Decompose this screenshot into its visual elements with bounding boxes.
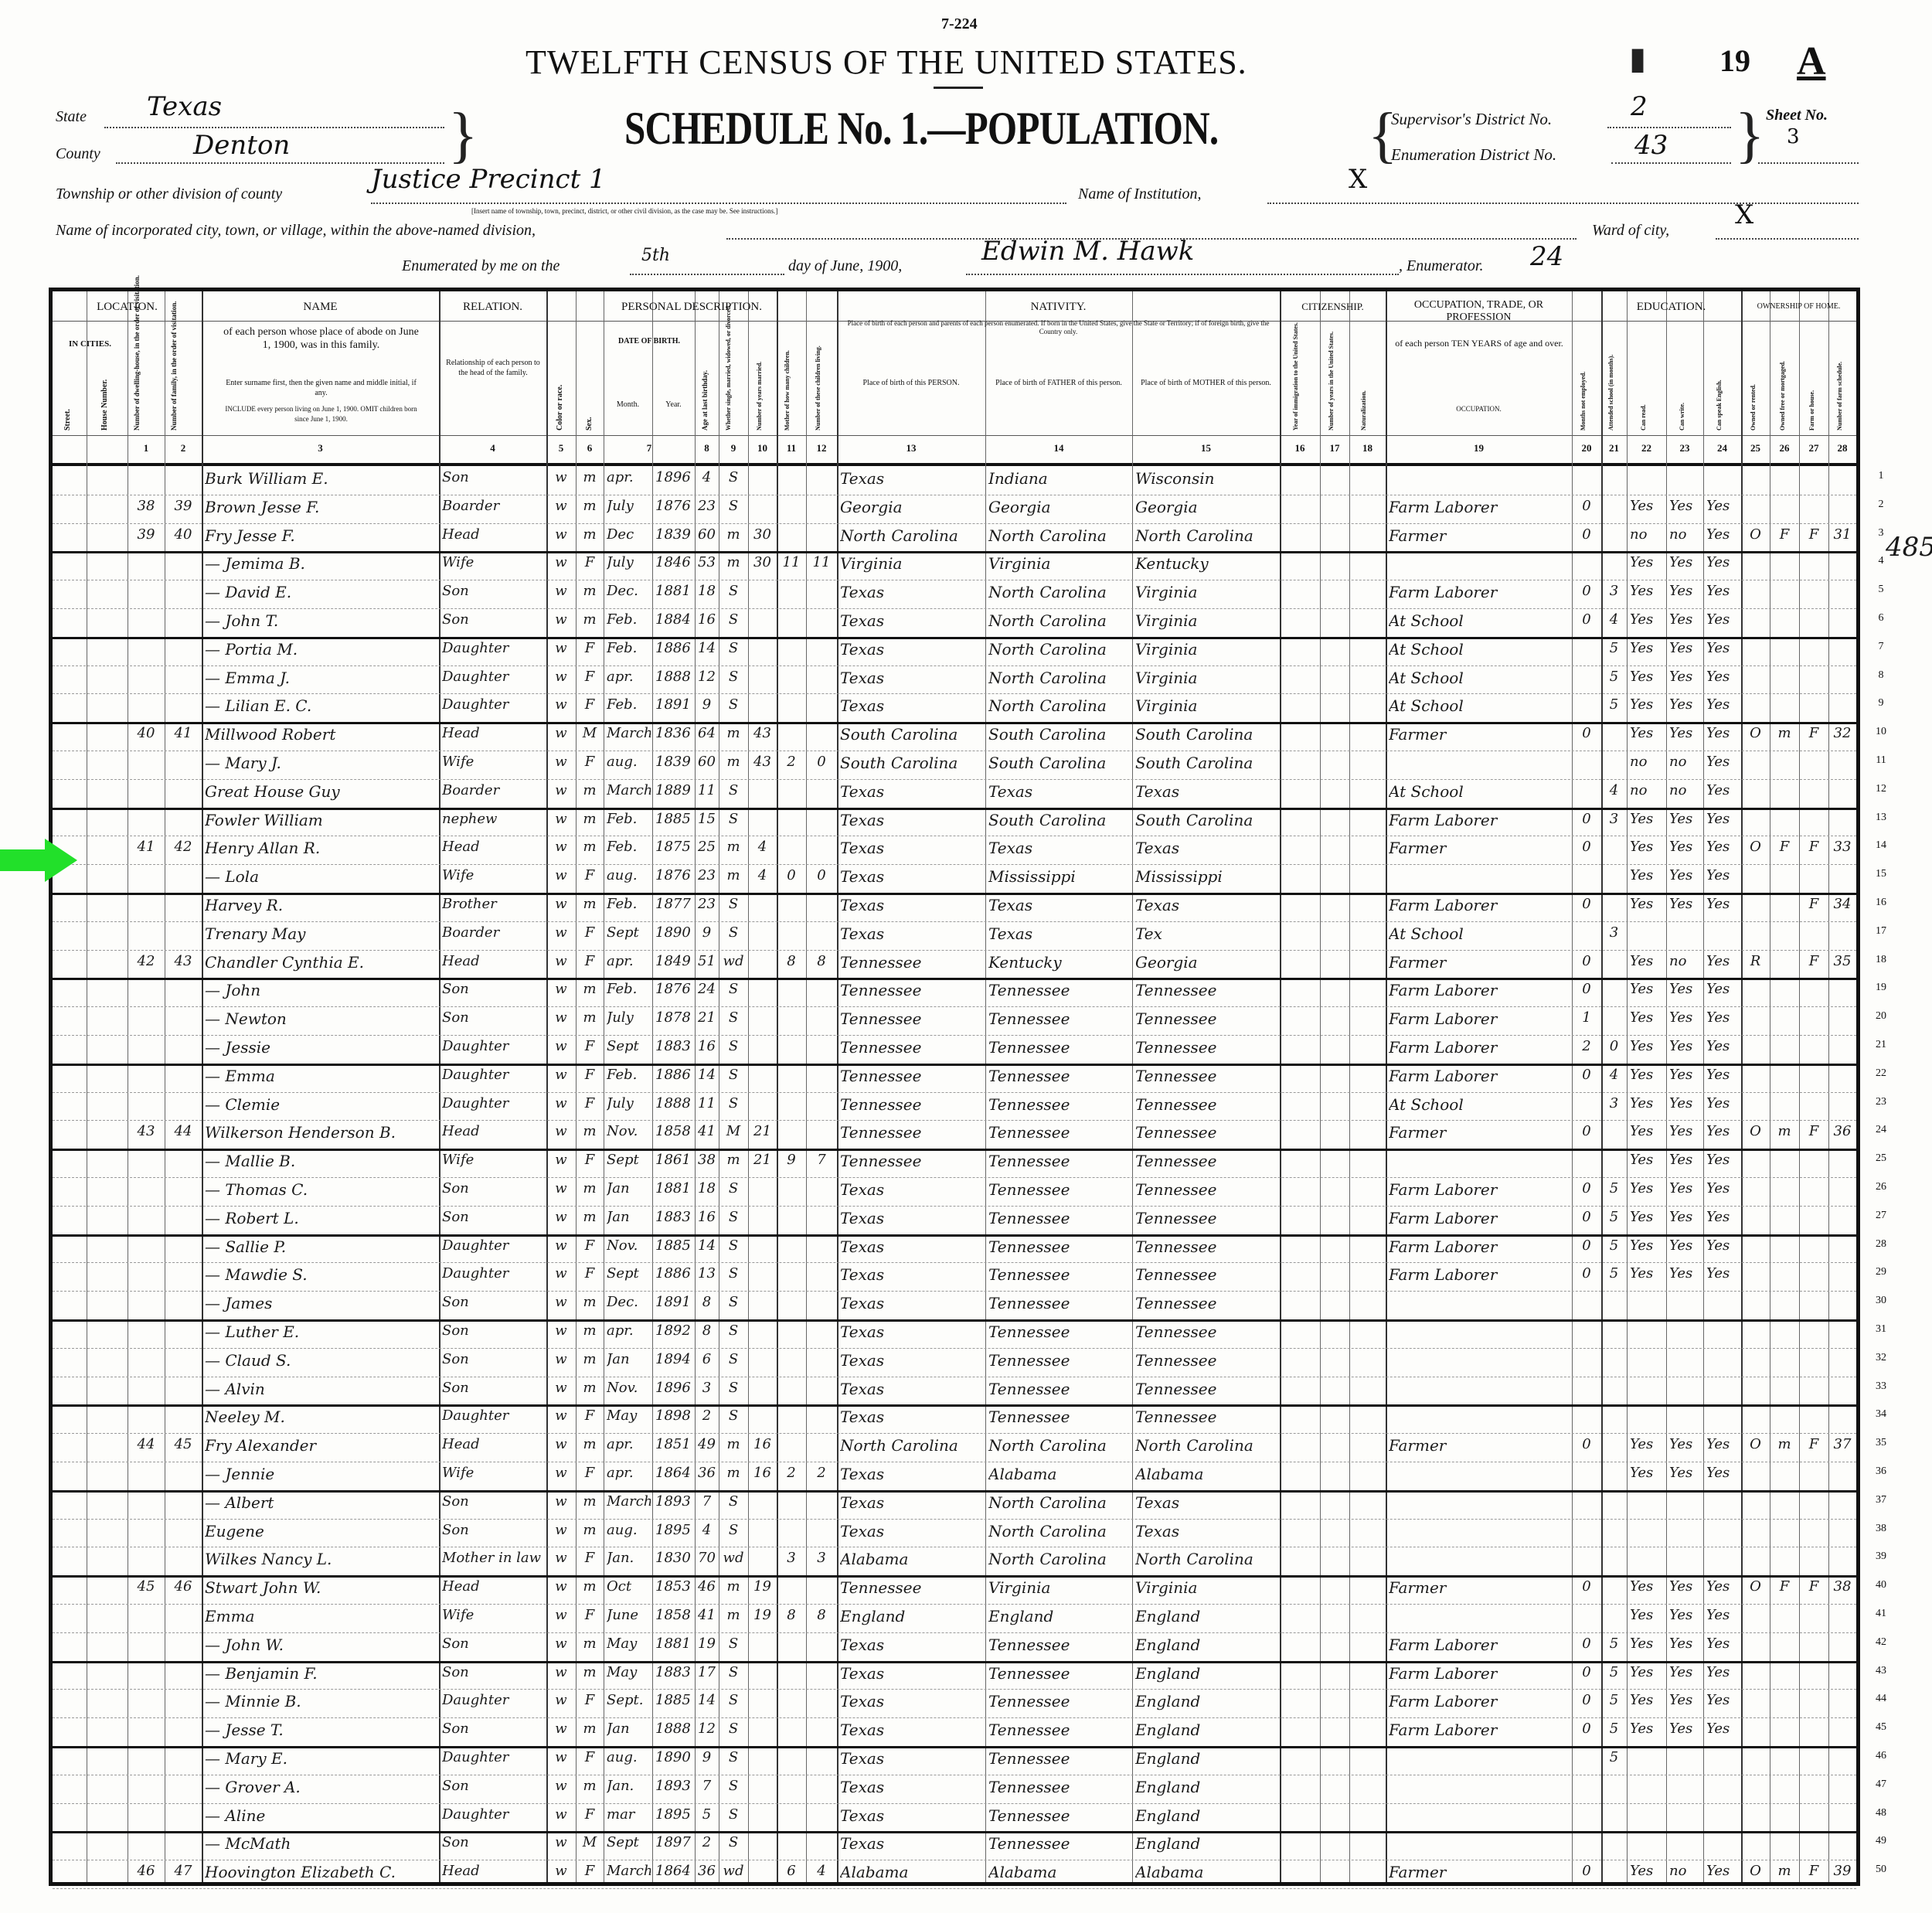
cell-bf: Tennessee xyxy=(988,1095,1131,1114)
cell-name: — Mary E. xyxy=(205,1749,437,1768)
cell-bf: Tennessee xyxy=(988,1408,1131,1426)
cell-rd: Yes xyxy=(1630,1863,1665,1879)
hdr-education: EDUCATION. xyxy=(1601,301,1741,314)
cell-en: Yes xyxy=(1706,1465,1740,1481)
enumeration-value[interactable]: 43 xyxy=(1634,130,1668,161)
cell-bp: Texas xyxy=(840,1351,984,1370)
cell-mar: S xyxy=(719,981,748,997)
sheet-value[interactable]: 3 xyxy=(1787,125,1800,148)
line-number: 5 xyxy=(1869,584,1893,596)
cell-rd: Yes xyxy=(1630,583,1665,599)
cell-dw: 46 xyxy=(128,1863,165,1879)
line-number: 46 xyxy=(1869,1750,1893,1762)
cell-bm: Tennessee xyxy=(1135,1322,1278,1341)
cell-rd: Yes xyxy=(1630,1465,1665,1481)
cell-rel: Wife xyxy=(442,554,545,570)
cell-occ: Farmer xyxy=(1389,1578,1570,1597)
cell-sex: F xyxy=(576,1550,604,1566)
line-number: 7 xyxy=(1869,641,1893,653)
table-row[interactable]: — McMathSonwMSept18972STexasTennesseeEng… xyxy=(53,1831,1856,1860)
line-number: 16 xyxy=(1869,897,1893,909)
cell-bm: Texas xyxy=(1135,1522,1278,1540)
table-row[interactable]: — Luther E.Sonwmapr.18928STexasTennessee… xyxy=(53,1319,1856,1349)
table-row[interactable]: 4243Chandler Cynthia E.HeadwFapr.184951w… xyxy=(53,950,1856,981)
ward-value[interactable]: X xyxy=(1735,199,1753,230)
column-number: 13 xyxy=(837,442,985,454)
cell-wr: Yes xyxy=(1669,498,1702,514)
table-row[interactable]: — JennieWifewFapr.186436m1622TexasAlabam… xyxy=(53,1462,1856,1493)
cell-mu: 0 xyxy=(1572,1636,1601,1652)
cell-year: 1883 xyxy=(655,1038,693,1054)
cell-age: 9 xyxy=(695,924,719,941)
column-number: 27 xyxy=(1799,442,1828,454)
table-row[interactable]: — ClemieDaughterwFJuly188811STennesseeTe… xyxy=(53,1092,1856,1122)
table-row[interactable]: — JamesSonwmDec.18918STexasTennesseeTenn… xyxy=(53,1291,1856,1322)
cell-mar: m xyxy=(719,1607,748,1623)
cell-occ: Farmer xyxy=(1389,725,1570,744)
cell-year: 1885 xyxy=(655,1237,693,1254)
cell-year: 1890 xyxy=(655,924,693,941)
cell-en: Yes xyxy=(1706,725,1740,741)
table-row[interactable]: — Benjamin F.SonwmMay188317STexasTenness… xyxy=(53,1661,1856,1690)
line-number: 20 xyxy=(1869,1010,1893,1023)
table-row[interactable]: — AlvinSonwmNov.18963STexasTennesseeTenn… xyxy=(53,1377,1856,1408)
hdr-mother-of: Mother of how many children. xyxy=(784,325,791,431)
cell-year: 1888 xyxy=(655,1095,693,1111)
cell-wr: Yes xyxy=(1669,811,1702,827)
cell-name: Great House Guy xyxy=(205,782,437,801)
table-row[interactable]: Burk William E.Sonwmapr.18964STexasIndia… xyxy=(53,466,1856,495)
column-number: 20 xyxy=(1572,442,1601,454)
line-number: 15 xyxy=(1869,868,1893,880)
cell-rel: Wife xyxy=(442,1607,545,1623)
line-number: 45 xyxy=(1869,1721,1893,1734)
cell-rel: Daughter xyxy=(442,1749,545,1765)
table-row[interactable]: EmmaWifewFJune185841m1988EnglandEnglandE… xyxy=(53,1604,1856,1633)
cell-bp: North Carolina xyxy=(840,526,984,545)
enumeration-line xyxy=(1611,162,1731,164)
supervisor-value[interactable]: 2 xyxy=(1631,91,1648,122)
cell-mar: m xyxy=(719,1436,748,1452)
table-row[interactable]: — Grover A.SonwmJan.18937STexasTennessee… xyxy=(53,1775,1856,1804)
cell-farm: F xyxy=(1799,1436,1828,1452)
cell-color: w xyxy=(546,1067,576,1083)
hdr-english: Can speak English. xyxy=(1716,353,1723,431)
institution-value[interactable]: X xyxy=(1349,164,1367,195)
cell-own: R xyxy=(1741,953,1770,969)
cell-ym: 43 xyxy=(748,725,777,741)
table-row[interactable]: — LolaWifewFaug.187623m400TexasMississip… xyxy=(53,864,1856,895)
line-number: 24 xyxy=(1869,1124,1893,1136)
table-row[interactable]: 4445Fry AlexanderHeadwmapr.185149m16Nort… xyxy=(53,1433,1856,1462)
cell-name: Wilkerson Henderson B. xyxy=(205,1123,437,1142)
table-row[interactable]: 3940Fry Jesse F.HeadwmDec183960m30North … xyxy=(53,523,1856,554)
hdr-ownership: OWNERSHIP OF HOME. xyxy=(1741,302,1856,311)
table-row[interactable]: 3839Brown Jesse F.BoarderwmJuly187623SGe… xyxy=(53,495,1856,524)
cell-dw: 44 xyxy=(128,1436,165,1452)
cell-moc: 2 xyxy=(777,754,806,770)
cell-year: 1892 xyxy=(655,1322,693,1339)
cell-bf: Texas xyxy=(988,839,1131,857)
table-row[interactable]: Great House GuyBoarderwmMarch188911STexa… xyxy=(53,779,1856,810)
cell-name: Hoovington Elizabeth C. xyxy=(205,1863,437,1881)
cell-farm: F xyxy=(1799,1123,1828,1139)
hdr-school: Attended school (in months). xyxy=(1607,325,1614,431)
table-row[interactable]: — Claud S.SonwmJan18946STexasTennesseeTe… xyxy=(53,1348,1856,1377)
table-row[interactable]: — David E.SonwmDec.188118STexasNorth Car… xyxy=(53,580,1856,609)
cell-occ: Farmer xyxy=(1389,839,1570,857)
enumerated-day[interactable]: 5th xyxy=(641,246,670,265)
ornament-divider xyxy=(934,87,983,89)
cell-age: 21 xyxy=(695,1009,719,1026)
cell-fs: 38 xyxy=(1828,1578,1856,1595)
cell-mu: 0 xyxy=(1572,1692,1601,1708)
margin-note: 4853 xyxy=(1886,532,1932,563)
line-number: 34 xyxy=(1869,1408,1893,1421)
line-number: 19 xyxy=(1869,982,1893,994)
cell-wr: Yes xyxy=(1669,1465,1702,1481)
form-number: 7-224 xyxy=(941,15,978,33)
cell-farm: F xyxy=(1799,526,1828,543)
table-row[interactable]: Neeley M.DaughterwFMay18982STexasTenness… xyxy=(53,1404,1856,1434)
cell-color: w xyxy=(546,1038,576,1054)
cell-year: 1883 xyxy=(655,1209,693,1225)
hdr-immigration: Year of immigration to the United States… xyxy=(1292,325,1299,431)
enumerated-mid: day of June, 1900, xyxy=(788,257,902,275)
enumerator-name[interactable]: Edwin M. Hawk xyxy=(981,236,1194,267)
table-row[interactable]: — NewtonSonwmJuly187821STennesseeTenness… xyxy=(53,1006,1856,1036)
cell-color: w xyxy=(546,1607,576,1623)
cell-occ: At School xyxy=(1389,1095,1570,1114)
cell-age: 14 xyxy=(695,640,719,656)
cell-bm: Virginia xyxy=(1135,611,1278,630)
cell-bm: Texas xyxy=(1135,1493,1278,1512)
table-row[interactable]: Wilkes Nancy L.Mother in lawwFJan.183070… xyxy=(53,1547,1856,1578)
cell-month: apr. xyxy=(607,469,651,485)
cell-month: Nov. xyxy=(607,1380,651,1396)
table-row[interactable]: — Sallie P.DaughterwFNov.188514STexasTen… xyxy=(53,1234,1856,1264)
cell-month: July xyxy=(607,554,651,570)
cell-sch: 5 xyxy=(1601,1664,1627,1680)
table-row[interactable]: — John W.SonwmMay188119STexasTennesseeEn… xyxy=(53,1632,1856,1663)
cell-color: w xyxy=(546,669,576,685)
cell-sex: F xyxy=(576,953,604,969)
table-row[interactable]: 4344Wilkerson Henderson B.HeadwmNov.1858… xyxy=(53,1120,1856,1151)
cell-bp: Texas xyxy=(840,1778,984,1796)
cell-month: aug. xyxy=(607,1522,651,1538)
table-row[interactable]: — AlbertSonwmMarch18937STexasNorth Carol… xyxy=(53,1490,1856,1520)
cell-year: 1893 xyxy=(655,1778,693,1794)
cell-color: w xyxy=(546,782,576,798)
cell-moc: 2 xyxy=(777,1465,806,1481)
table-row[interactable]: — Robert L.SonwmJan188316STexasTennessee… xyxy=(53,1206,1856,1237)
cell-year: 1891 xyxy=(655,1294,693,1310)
cell-color: w xyxy=(546,1009,576,1026)
cell-bp: Texas xyxy=(840,1408,984,1426)
cell-bm: Tennessee xyxy=(1135,1237,1278,1256)
enumerated-day-line xyxy=(630,274,784,275)
cell-wr: Yes xyxy=(1669,867,1702,883)
cell-en: Yes xyxy=(1706,782,1740,798)
cell-en: Yes xyxy=(1706,640,1740,656)
column-number-rule xyxy=(53,435,1856,436)
cell-bf: Tennessee xyxy=(988,1351,1131,1370)
table-row[interactable]: 4647Hoovington Elizabeth C.HeadwFMarch18… xyxy=(53,1860,1856,1889)
cell-rel: Head xyxy=(442,839,545,855)
cell-sex: F xyxy=(576,696,604,713)
cell-color: w xyxy=(546,526,576,543)
cell-month: apr. xyxy=(607,1436,651,1452)
cell-bp: Texas xyxy=(840,1294,984,1312)
cell-wr: Yes xyxy=(1669,696,1702,713)
cell-name: — Grover A. xyxy=(205,1778,437,1796)
cell-name: — Luther E. xyxy=(205,1322,437,1341)
cell-month: Feb. xyxy=(607,611,651,628)
cell-name: Brown Jesse F. xyxy=(205,498,437,516)
cell-sex: F xyxy=(576,1465,604,1481)
cell-mu: 0 xyxy=(1572,1578,1601,1595)
cell-wr: Yes xyxy=(1669,1067,1702,1083)
cell-rel: Head xyxy=(442,526,545,543)
cell-color: w xyxy=(546,1436,576,1452)
cell-mar: wd xyxy=(719,953,748,969)
cell-sex: M xyxy=(576,725,604,741)
cell-mar: S xyxy=(719,1636,748,1652)
cell-bp: Texas xyxy=(840,1636,984,1654)
brace-district-close: } xyxy=(1735,100,1764,171)
cell-en: Yes xyxy=(1706,1180,1740,1196)
cell-month: Jan xyxy=(607,1351,651,1367)
table-row[interactable]: Trenary MayBoarderwFSept18909STexasTexas… xyxy=(53,921,1856,951)
table-row[interactable]: — Mary E.DaughterwFaug.18909STexasTennes… xyxy=(53,1746,1856,1775)
cell-bf: Virginia xyxy=(988,1578,1131,1597)
cell-sex: m xyxy=(576,1209,604,1225)
cell-wr: no xyxy=(1669,953,1702,969)
cell-bm: England xyxy=(1135,1749,1278,1768)
cell-wr: Yes xyxy=(1669,1095,1702,1111)
table-row[interactable]: — Portia M.DaughterwFFeb.188614STexasNor… xyxy=(53,637,1856,666)
cell-mar: S xyxy=(719,1664,748,1680)
cell-bm: Tennessee xyxy=(1135,1351,1278,1370)
cell-mar: S xyxy=(719,1408,748,1424)
cell-age: 23 xyxy=(695,498,719,514)
cell-age: 23 xyxy=(695,867,719,883)
cell-bm: Texas xyxy=(1135,839,1278,857)
cell-rel: Daughter xyxy=(442,1237,545,1254)
table-row[interactable]: 4546Stwart John W.HeadwmOct185346m19Tenn… xyxy=(53,1575,1856,1605)
column-number: 2 xyxy=(165,442,202,454)
cell-bf: Tennessee xyxy=(988,1152,1131,1170)
cell-cl: 4 xyxy=(806,1863,837,1879)
cell-name: Fowler William xyxy=(205,811,437,829)
table-row[interactable]: — Jesse T.SonwmJan188812STexasTennesseeE… xyxy=(53,1717,1856,1748)
cell-color: w xyxy=(546,1351,576,1367)
table-row[interactable]: — Thomas C.SonwmJan188118STexasTennessee… xyxy=(53,1177,1856,1207)
cell-sex: m xyxy=(576,1636,604,1652)
hdr-years-us: Number of years in the United States. xyxy=(1328,325,1335,431)
cell-sex: F xyxy=(576,554,604,570)
cell-rel: Boarder xyxy=(442,782,545,798)
township-value[interactable]: Justice Precinct 1 xyxy=(371,164,606,195)
cell-month: Jan xyxy=(607,1180,651,1196)
line-number: 40 xyxy=(1869,1579,1893,1591)
line-number: 9 xyxy=(1869,697,1893,710)
cell-bp: Texas xyxy=(840,1834,984,1853)
sheet-line xyxy=(1758,162,1859,164)
cell-ym: 4 xyxy=(748,867,777,883)
table-row[interactable]: — Mawdie S.DaughterwFSept188613STexasTen… xyxy=(53,1262,1856,1292)
cell-own: O xyxy=(1741,725,1770,741)
cell-wr: Yes xyxy=(1669,1436,1702,1452)
cell-age: 15 xyxy=(695,811,719,827)
cell-bp: Tennessee xyxy=(840,1578,984,1597)
ward-line xyxy=(1716,238,1859,240)
cell-rd: Yes xyxy=(1630,1265,1665,1282)
cell-bf: Texas xyxy=(988,924,1131,943)
cell-bp: Texas xyxy=(840,640,984,659)
cell-sex: F xyxy=(576,1408,604,1424)
cell-month: July xyxy=(607,1095,651,1111)
table-row[interactable]: — Lilian E. C.DaughterwFFeb.18919STexasN… xyxy=(53,693,1856,724)
cell-rel: Mother in law xyxy=(442,1550,545,1566)
cell-sch: 3 xyxy=(1601,1095,1627,1111)
state-value[interactable]: Texas xyxy=(147,91,222,122)
cell-mu: 0 xyxy=(1572,896,1601,912)
cell-sex: m xyxy=(576,1322,604,1339)
cell-fs: 34 xyxy=(1828,896,1856,912)
cell-name: — James xyxy=(205,1294,437,1312)
cell-mar: S xyxy=(719,1380,748,1396)
table-row[interactable]: 4142Henry Allan R.HeadwmFeb.187525m4Texa… xyxy=(53,836,1856,865)
cell-bm: Georgia xyxy=(1135,498,1278,516)
line-number: 27 xyxy=(1869,1210,1893,1222)
line-number: 11 xyxy=(1869,754,1893,767)
cell-rel: Daughter xyxy=(442,669,545,685)
cell-rd: Yes xyxy=(1630,1209,1665,1225)
cell-sch: 4 xyxy=(1601,611,1627,628)
column-number: 8 xyxy=(695,442,719,454)
cell-en: Yes xyxy=(1706,839,1740,855)
cell-name: — Albert xyxy=(205,1493,437,1512)
cell-name: — Clemie xyxy=(205,1095,437,1114)
cell-age: 8 xyxy=(695,1294,719,1310)
cell-wr: Yes xyxy=(1669,1123,1702,1139)
table-row[interactable]: — JohnSonwmFeb.187624STennesseeTennessee… xyxy=(53,978,1856,1007)
cell-color: w xyxy=(546,1237,576,1254)
hdr-birth-mother: Place of birth of MOTHER of this person. xyxy=(1134,378,1277,388)
cell-bp: North Carolina xyxy=(840,1436,984,1455)
table-row[interactable]: — Minnie B.DaughterwFSept.188514STexasTe… xyxy=(53,1689,1856,1718)
cell-bf: Alabama xyxy=(988,1465,1131,1483)
cell-rd: Yes xyxy=(1630,611,1665,628)
cell-rel: Daughter xyxy=(442,640,545,656)
table-row[interactable]: EugeneSonwmaug.18954STexasNorth Carolina… xyxy=(53,1519,1856,1548)
cell-month: aug. xyxy=(607,754,651,770)
cell-month: apr. xyxy=(607,1465,651,1481)
cell-bm: Tennessee xyxy=(1135,1209,1278,1227)
column-number: 22 xyxy=(1627,442,1666,454)
line-number: 41 xyxy=(1869,1608,1893,1620)
cell-name: — Benjamin F. xyxy=(205,1664,437,1683)
cell-bf: South Carolina xyxy=(988,754,1131,772)
cell-wr: Yes xyxy=(1669,1038,1702,1054)
cell-mar: S xyxy=(719,1749,748,1765)
cell-ym: 16 xyxy=(748,1436,777,1452)
cell-name: Burk William E. xyxy=(205,469,437,488)
cell-name: — Mary J. xyxy=(205,754,437,772)
enumerator-number[interactable]: 24 xyxy=(1530,241,1563,272)
cell-wr: Yes xyxy=(1669,1152,1702,1168)
cell-month: Feb. xyxy=(607,896,651,912)
cell-month: aug. xyxy=(607,1749,651,1765)
cell-month: mar xyxy=(607,1806,651,1823)
table-row[interactable]: — Mary J.WifewFaug.183960m4320South Caro… xyxy=(53,751,1856,780)
cell-name: Harvey R. xyxy=(205,896,437,914)
cell-occ: Farm Laborer xyxy=(1389,1636,1570,1654)
table-row[interactable]: Fowler WilliamnephewwmFeb.188515STexasSo… xyxy=(53,808,1856,837)
table-row[interactable]: — EmmaDaughterwFFeb.188614STennesseeTenn… xyxy=(53,1064,1856,1093)
table-row[interactable]: Harvey R.BrotherwmFeb.187723STexasTexasT… xyxy=(53,893,1856,922)
table-row[interactable]: — John T.SonwmFeb.188416STexasNorth Caro… xyxy=(53,608,1856,639)
hdr-age: Age at last birthday. xyxy=(701,345,709,431)
table-row[interactable]: 4041Millwood RobertHeadwMMarch183664m43S… xyxy=(53,722,1856,751)
cell-color: w xyxy=(546,1806,576,1823)
cell-en: Yes xyxy=(1706,1636,1740,1652)
cell-occ: At School xyxy=(1389,696,1570,715)
cell-rd: Yes xyxy=(1630,1180,1665,1196)
cell-month: Nov. xyxy=(607,1123,651,1139)
county-value[interactable]: Denton xyxy=(193,130,290,161)
cell-moc: 6 xyxy=(777,1863,806,1879)
cell-sex: F xyxy=(576,924,604,941)
cell-bp: Texas xyxy=(840,1209,984,1227)
cell-bf: Tennessee xyxy=(988,1237,1131,1256)
cell-bf: Tennessee xyxy=(988,1380,1131,1398)
table-row[interactable]: — JessieDaughterwFSept188316STennesseeTe… xyxy=(53,1035,1856,1066)
cell-age: 17 xyxy=(695,1664,719,1680)
cell-name: — Portia M. xyxy=(205,640,437,659)
hdr-dwelling-number: Number of dwelling-house, in the order o… xyxy=(133,325,141,431)
cell-rel: Son xyxy=(442,1834,545,1850)
cell-mar: S xyxy=(719,1721,748,1737)
cell-color: w xyxy=(546,896,576,912)
cell-rel: Boarder xyxy=(442,924,545,941)
cell-wr: Yes xyxy=(1669,1721,1702,1737)
cell-bf: North Carolina xyxy=(988,669,1131,687)
cell-wr: Yes xyxy=(1669,640,1702,656)
hdr-marital: Whether single, married, widowed, or div… xyxy=(725,325,732,431)
table-row[interactable]: — Mallie B.WifewFSept186138m2197Tennesse… xyxy=(53,1149,1856,1178)
cell-rd: Yes xyxy=(1630,1578,1665,1595)
line-number: 30 xyxy=(1869,1295,1893,1307)
cell-mar: S xyxy=(719,782,748,798)
cell-bf: Tennessee xyxy=(988,1834,1131,1853)
cell-mar: m xyxy=(719,1465,748,1481)
cell-name: — Newton xyxy=(205,1009,437,1028)
cell-year: 1894 xyxy=(655,1351,693,1367)
cell-mu: 2 xyxy=(1572,1038,1601,1054)
cell-sex: F xyxy=(576,1863,604,1879)
table-row[interactable]: — Emma J.DaughterwFapr.188812STexasNorth… xyxy=(53,665,1856,695)
table-row[interactable]: — Jemima B.WifewFJuly184653m301111Virgin… xyxy=(53,551,1856,580)
cell-age: 9 xyxy=(695,696,719,713)
table-row[interactable]: — AlineDaughterwFmar18955STexasTennessee… xyxy=(53,1803,1856,1834)
cell-wr: Yes xyxy=(1669,1607,1702,1623)
cell-rel: Head xyxy=(442,1123,545,1139)
cell-color: w xyxy=(546,1636,576,1652)
cell-mar: m xyxy=(719,1578,748,1595)
cell-rel: Wife xyxy=(442,754,545,770)
